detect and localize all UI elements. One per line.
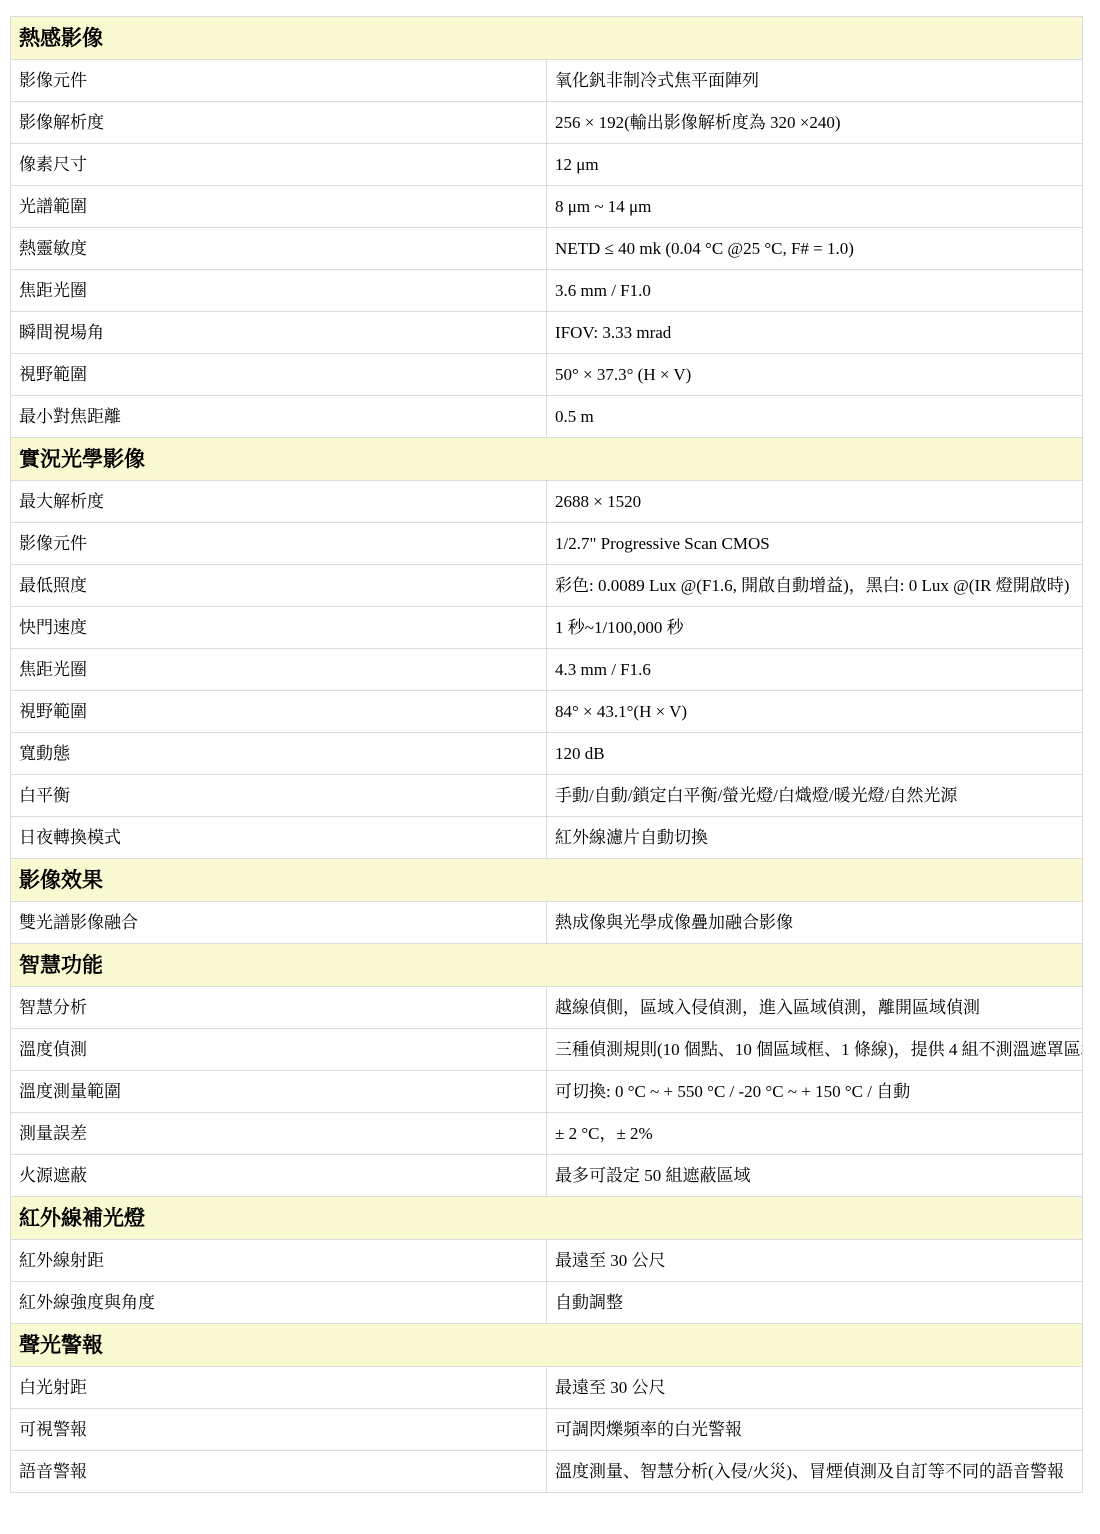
spec-label: 最低照度 <box>11 565 547 607</box>
spec-label: 白光射距 <box>11 1367 547 1409</box>
spec-label: 語音警報 <box>11 1451 547 1493</box>
spec-row: 影像元件1/2.7" Progressive Scan CMOS <box>11 523 1083 565</box>
spec-label: 日夜轉換模式 <box>11 817 547 859</box>
spec-row: 快門速度1 秒~1/100,000 秒 <box>11 607 1083 649</box>
spec-label: 溫度偵測 <box>11 1029 547 1071</box>
spec-value: 可調閃爍頻率的白光警報 <box>547 1409 1083 1451</box>
spec-value: 12 μm <box>547 144 1083 186</box>
spec-table: 熱感影像影像元件氧化釩非制冷式焦平面陣列影像解析度256 × 192(輸出影像解… <box>10 16 1083 1493</box>
spec-row: 最低照度彩色: 0.0089 Lux @(F1.6, 開啟自動增益)，黑白: 0… <box>11 565 1083 607</box>
spec-value: IFOV: 3.33 mrad <box>547 312 1083 354</box>
spec-value: 50° × 37.3° (H × V) <box>547 354 1083 396</box>
spec-value: 手動/自動/鎖定白平衡/螢光燈/白熾燈/暖光燈/自然光源 <box>547 775 1083 817</box>
spec-label: 最小對焦距離 <box>11 396 547 438</box>
section-header-row: 紅外線補光燈 <box>11 1197 1083 1240</box>
spec-label: 雙光譜影像融合 <box>11 902 547 944</box>
spec-value: 自動調整 <box>547 1282 1083 1324</box>
spec-label: 紅外線射距 <box>11 1240 547 1282</box>
spec-label: 影像元件 <box>11 60 547 102</box>
spec-value: 越線偵側，區域入侵偵測，進入區域偵測，離開區域偵測 <box>547 987 1083 1029</box>
section-title: 紅外線補光燈 <box>11 1197 1083 1240</box>
section-title: 智慧功能 <box>11 944 1083 987</box>
section-title: 影像效果 <box>11 859 1083 902</box>
spec-label: 視野範圍 <box>11 354 547 396</box>
spec-value: 最遠至 30 公尺 <box>547 1367 1083 1409</box>
spec-table-body: 熱感影像影像元件氧化釩非制冷式焦平面陣列影像解析度256 × 192(輸出影像解… <box>11 17 1083 1493</box>
spec-value: 3.6 mm / F1.0 <box>547 270 1083 312</box>
spec-row: 熱靈敏度NETD ≤ 40 mk (0.04 °C @25 °C, F# = 1… <box>11 228 1083 270</box>
section-header-row: 智慧功能 <box>11 944 1083 987</box>
spec-row: 最小對焦距離0.5 m <box>11 396 1083 438</box>
spec-value: 最遠至 30 公尺 <box>547 1240 1083 1282</box>
spec-value: 0.5 m <box>547 396 1083 438</box>
spec-value: 1/2.7" Progressive Scan CMOS <box>547 523 1083 565</box>
spec-label: 溫度測量範圍 <box>11 1071 547 1113</box>
spec-row: 最大解析度2688 × 1520 <box>11 481 1083 523</box>
spec-row: 視野範圍84° × 43.1°(H × V) <box>11 691 1083 733</box>
spec-row: 影像元件氧化釩非制冷式焦平面陣列 <box>11 60 1083 102</box>
spec-label: 火源遮蔽 <box>11 1155 547 1197</box>
spec-row: 智慧分析越線偵側，區域入侵偵測，進入區域偵測，離開區域偵測 <box>11 987 1083 1029</box>
spec-label: 寬動態 <box>11 733 547 775</box>
spec-label: 最大解析度 <box>11 481 547 523</box>
spec-value: 1 秒~1/100,000 秒 <box>547 607 1083 649</box>
spec-value: 256 × 192(輸出影像解析度為 320 ×240) <box>547 102 1083 144</box>
spec-row: 測量誤差± 2 °C，± 2% <box>11 1113 1083 1155</box>
spec-label: 智慧分析 <box>11 987 547 1029</box>
section-header-row: 實況光學影像 <box>11 438 1083 481</box>
section-header-row: 聲光警報 <box>11 1324 1083 1367</box>
spec-label: 白平衡 <box>11 775 547 817</box>
spec-row: 光譜範圍8 μm ~ 14 μm <box>11 186 1083 228</box>
spec-value: 84° × 43.1°(H × V) <box>547 691 1083 733</box>
spec-row: 火源遮蔽最多可設定 50 組遮蔽區域 <box>11 1155 1083 1197</box>
spec-row: 日夜轉換模式紅外線濾片自動切換 <box>11 817 1083 859</box>
spec-row: 溫度測量範圍可切換: 0 °C ~ + 550 °C / -20 °C ~ + … <box>11 1071 1083 1113</box>
spec-row: 雙光譜影像融合熱成像與光學成像疊加融合影像 <box>11 902 1083 944</box>
spec-row: 溫度偵測三種偵測規則(10 個點、10 個區域框、1 條線)，提供 4 組不測溫… <box>11 1029 1083 1071</box>
spec-label: 快門速度 <box>11 607 547 649</box>
spec-value: 氧化釩非制冷式焦平面陣列 <box>547 60 1083 102</box>
spec-value: 紅外線濾片自動切換 <box>547 817 1083 859</box>
spec-row: 寬動態120 dB <box>11 733 1083 775</box>
spec-row: 紅外線射距最遠至 30 公尺 <box>11 1240 1083 1282</box>
section-title: 實況光學影像 <box>11 438 1083 481</box>
spec-label: 瞬間視場角 <box>11 312 547 354</box>
spec-value: 三種偵測規則(10 個點、10 個區域框、1 條線)，提供 4 組不測溫遮罩區域 <box>547 1029 1083 1071</box>
spec-value: 120 dB <box>547 733 1083 775</box>
spec-label: 焦距光圈 <box>11 270 547 312</box>
section-title: 熱感影像 <box>11 17 1083 60</box>
spec-value: ± 2 °C，± 2% <box>547 1113 1083 1155</box>
spec-row: 白光射距最遠至 30 公尺 <box>11 1367 1083 1409</box>
spec-label: 光譜範圍 <box>11 186 547 228</box>
spec-value: 2688 × 1520 <box>547 481 1083 523</box>
spec-row: 影像解析度256 × 192(輸出影像解析度為 320 ×240) <box>11 102 1083 144</box>
spec-label: 可視警報 <box>11 1409 547 1451</box>
spec-label: 測量誤差 <box>11 1113 547 1155</box>
section-header-row: 影像效果 <box>11 859 1083 902</box>
spec-row: 焦距光圈3.6 mm / F1.0 <box>11 270 1083 312</box>
spec-row: 紅外線強度與角度自動調整 <box>11 1282 1083 1324</box>
spec-label: 熱靈敏度 <box>11 228 547 270</box>
spec-value: 熱成像與光學成像疊加融合影像 <box>547 902 1083 944</box>
section-title: 聲光警報 <box>11 1324 1083 1367</box>
spec-row: 像素尺寸12 μm <box>11 144 1083 186</box>
spec-value: 可切換: 0 °C ~ + 550 °C / -20 °C ~ + 150 °C… <box>547 1071 1083 1113</box>
spec-value: NETD ≤ 40 mk (0.04 °C @25 °C, F# = 1.0) <box>547 228 1083 270</box>
spec-label: 像素尺寸 <box>11 144 547 186</box>
spec-value: 4.3 mm / F1.6 <box>547 649 1083 691</box>
spec-value: 最多可設定 50 組遮蔽區域 <box>547 1155 1083 1197</box>
spec-value: 彩色: 0.0089 Lux @(F1.6, 開啟自動增益)，黑白: 0 Lux… <box>547 565 1083 607</box>
spec-row: 白平衡手動/自動/鎖定白平衡/螢光燈/白熾燈/暖光燈/自然光源 <box>11 775 1083 817</box>
spec-label: 視野範圍 <box>11 691 547 733</box>
spec-row: 語音警報溫度測量、智慧分析(入侵/火災)、冒煙偵測及自訂等不同的語音警報 <box>11 1451 1083 1493</box>
spec-label: 紅外線強度與角度 <box>11 1282 547 1324</box>
spec-label: 影像解析度 <box>11 102 547 144</box>
spec-row: 視野範圍50° × 37.3° (H × V) <box>11 354 1083 396</box>
spec-value: 8 μm ~ 14 μm <box>547 186 1083 228</box>
spec-label: 影像元件 <box>11 523 547 565</box>
section-header-row: 熱感影像 <box>11 17 1083 60</box>
spec-label: 焦距光圈 <box>11 649 547 691</box>
spec-row: 焦距光圈4.3 mm / F1.6 <box>11 649 1083 691</box>
spec-value: 溫度測量、智慧分析(入侵/火災)、冒煙偵測及自訂等不同的語音警報 <box>547 1451 1083 1493</box>
spec-row: 可視警報可調閃爍頻率的白光警報 <box>11 1409 1083 1451</box>
spec-row: 瞬間視場角IFOV: 3.33 mrad <box>11 312 1083 354</box>
